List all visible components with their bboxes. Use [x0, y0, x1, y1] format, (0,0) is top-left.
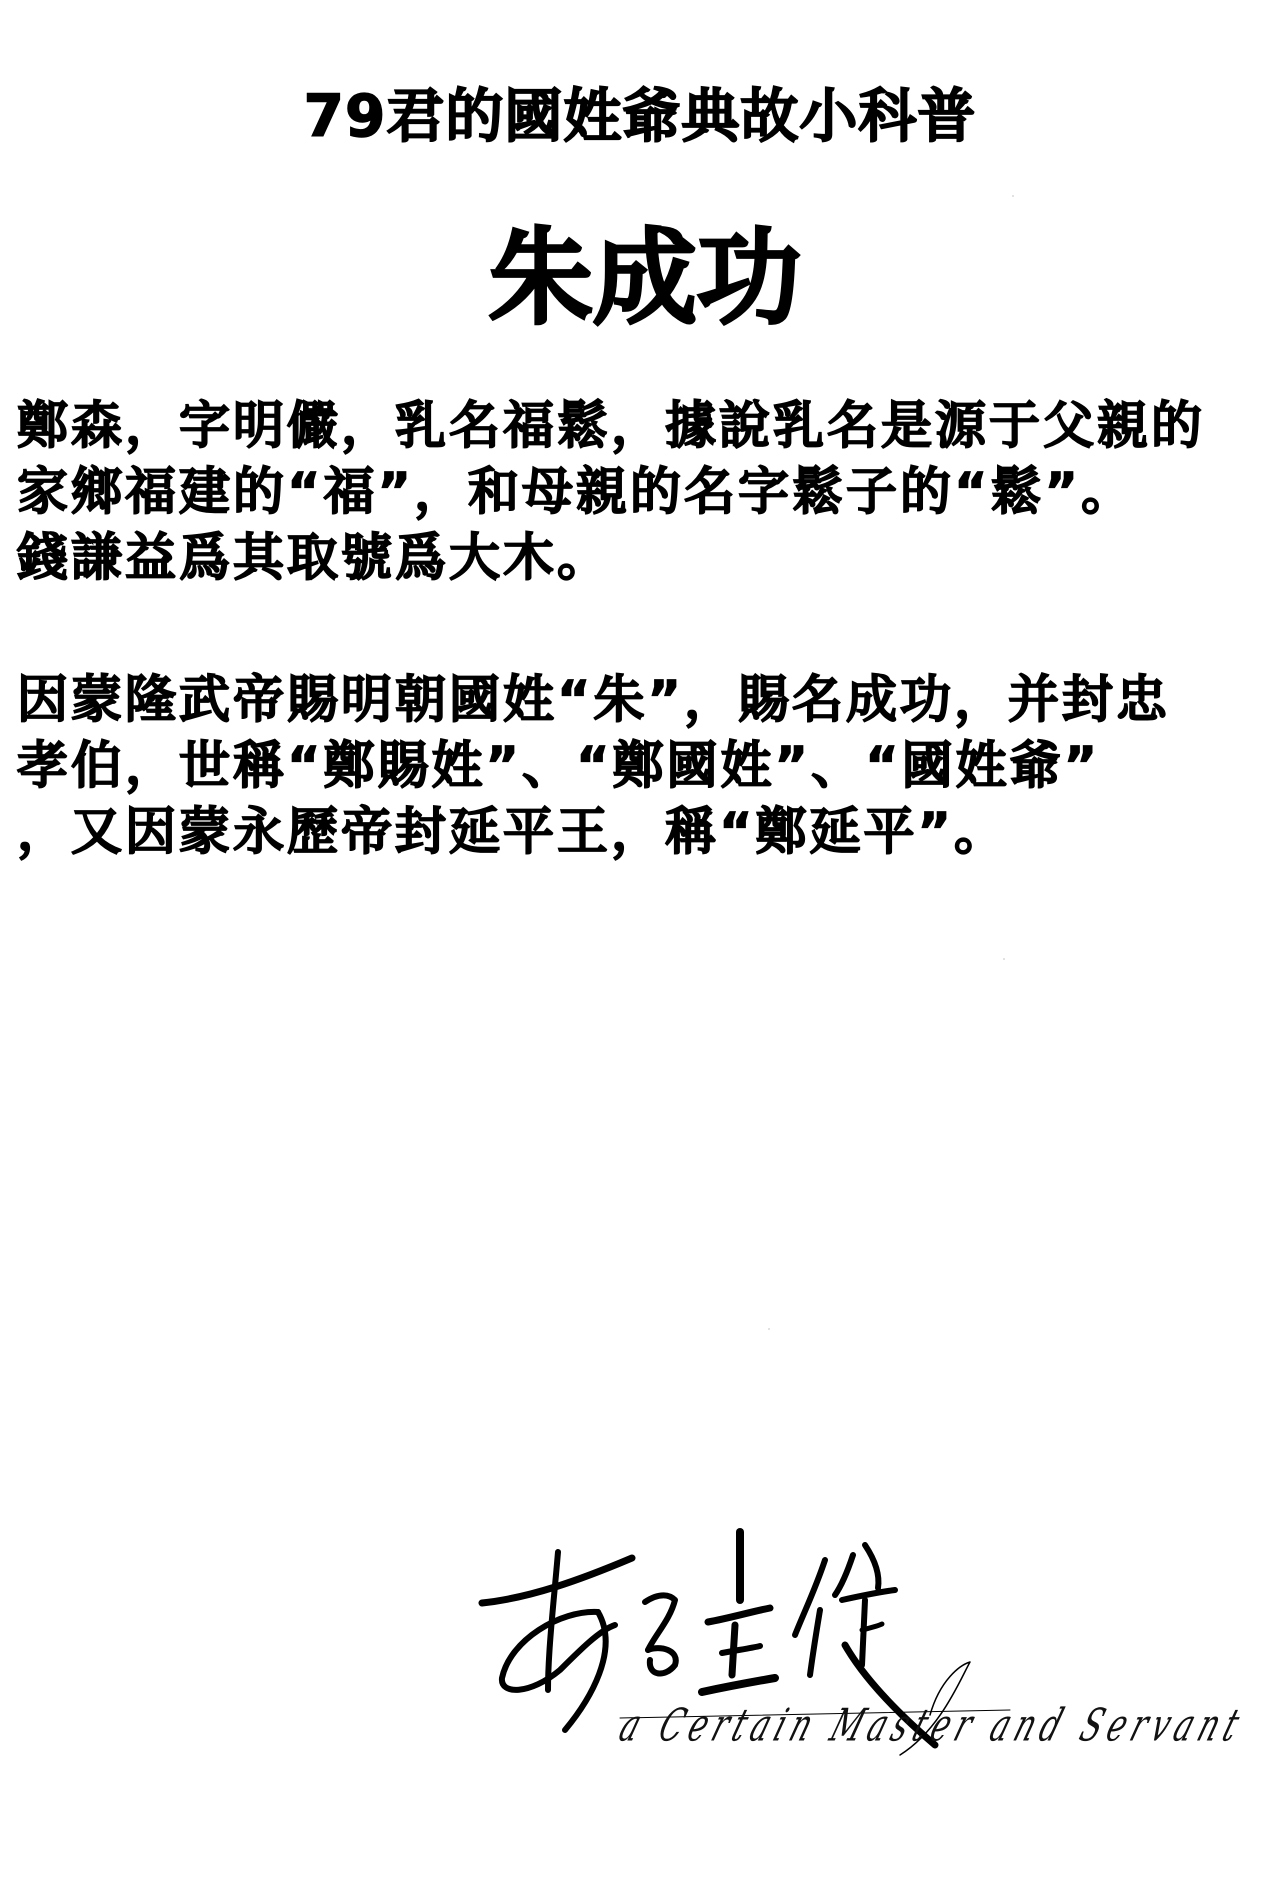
paragraph-line: 錢謙益爲其取號爲大木。	[17, 526, 1277, 592]
paragraph-line: 因蒙隆武帝賜明朝國姓“朱”，賜名成功，并封忠	[17, 668, 1277, 734]
paper-speck	[1003, 958, 1005, 960]
paragraph-line: ，又因蒙永歷帝封延平王，稱“鄭延平”。	[17, 800, 1277, 866]
paragraph-line: 孝伯，世稱“鄭賜姓”、“鄭國姓”、“國姓爺”	[17, 734, 1277, 800]
paragraph-line: 家鄉福建的“福”，和母親的名字鬆子的“鬆”。	[17, 460, 1277, 526]
logo-subtitle: a Certain Master and Servant	[613, 1700, 1251, 1753]
paper-speck	[1012, 195, 1014, 197]
paragraph-biography: 鄭森，字明儼，乳名福鬆，據說乳名是源于父親的 家鄉福建的“福”，和母親的名字鬆子…	[17, 394, 1277, 592]
paragraph-surname-origin: 因蒙隆武帝賜明朝國姓“朱”，賜名成功，并封忠 孝伯，世稱“鄭賜姓”、“鄭國姓”、…	[17, 668, 1277, 866]
paper-speck	[768, 1328, 770, 1330]
page-title: 79君的國姓爺典故小科普	[0, 80, 1280, 152]
paragraph-line: 鄭森，字明儼，乳名福鬆，據說乳名是源于父親的	[17, 394, 1277, 460]
subject-name: 朱成功	[0, 218, 1280, 338]
signature-logo: a Certain Master and Servant	[470, 1500, 1230, 1760]
